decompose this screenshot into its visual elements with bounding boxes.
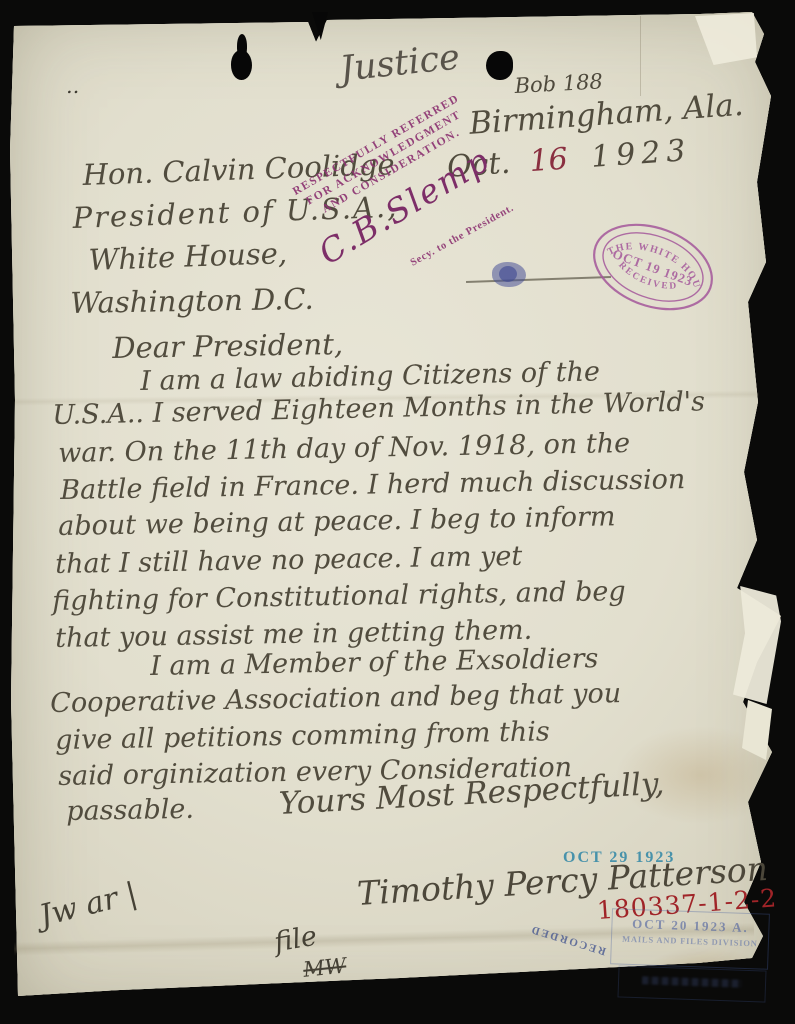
punch-hole-left-stem (237, 34, 247, 58)
date-year: 1923 (590, 133, 693, 175)
recipient-line-4: Washington D.C. (70, 282, 314, 320)
ink-blot-core (499, 266, 517, 282)
salutation: Dear President, (112, 327, 343, 365)
body-line-13: passable. (66, 794, 194, 827)
faded-box-stamp (617, 965, 766, 1002)
faded-box-stamp-smudge (642, 976, 742, 987)
account-note: Bob 188 (514, 69, 603, 98)
crease-line-top (640, 16, 641, 96)
margin-dots: ‥ (66, 74, 79, 98)
punch-hole-right (486, 51, 513, 80)
date-day: 16 (518, 141, 582, 180)
mails-division-stamp: OCT 20 1923 A. MAILS AND FILES DIVISION (610, 908, 770, 969)
recipient-line-3: White House, (88, 236, 288, 277)
scanned-letter-page: ‥ Justice Bob 188 Birmingham, Ala. Oct. … (0, 0, 795, 1024)
file-initials: MW (302, 953, 347, 981)
